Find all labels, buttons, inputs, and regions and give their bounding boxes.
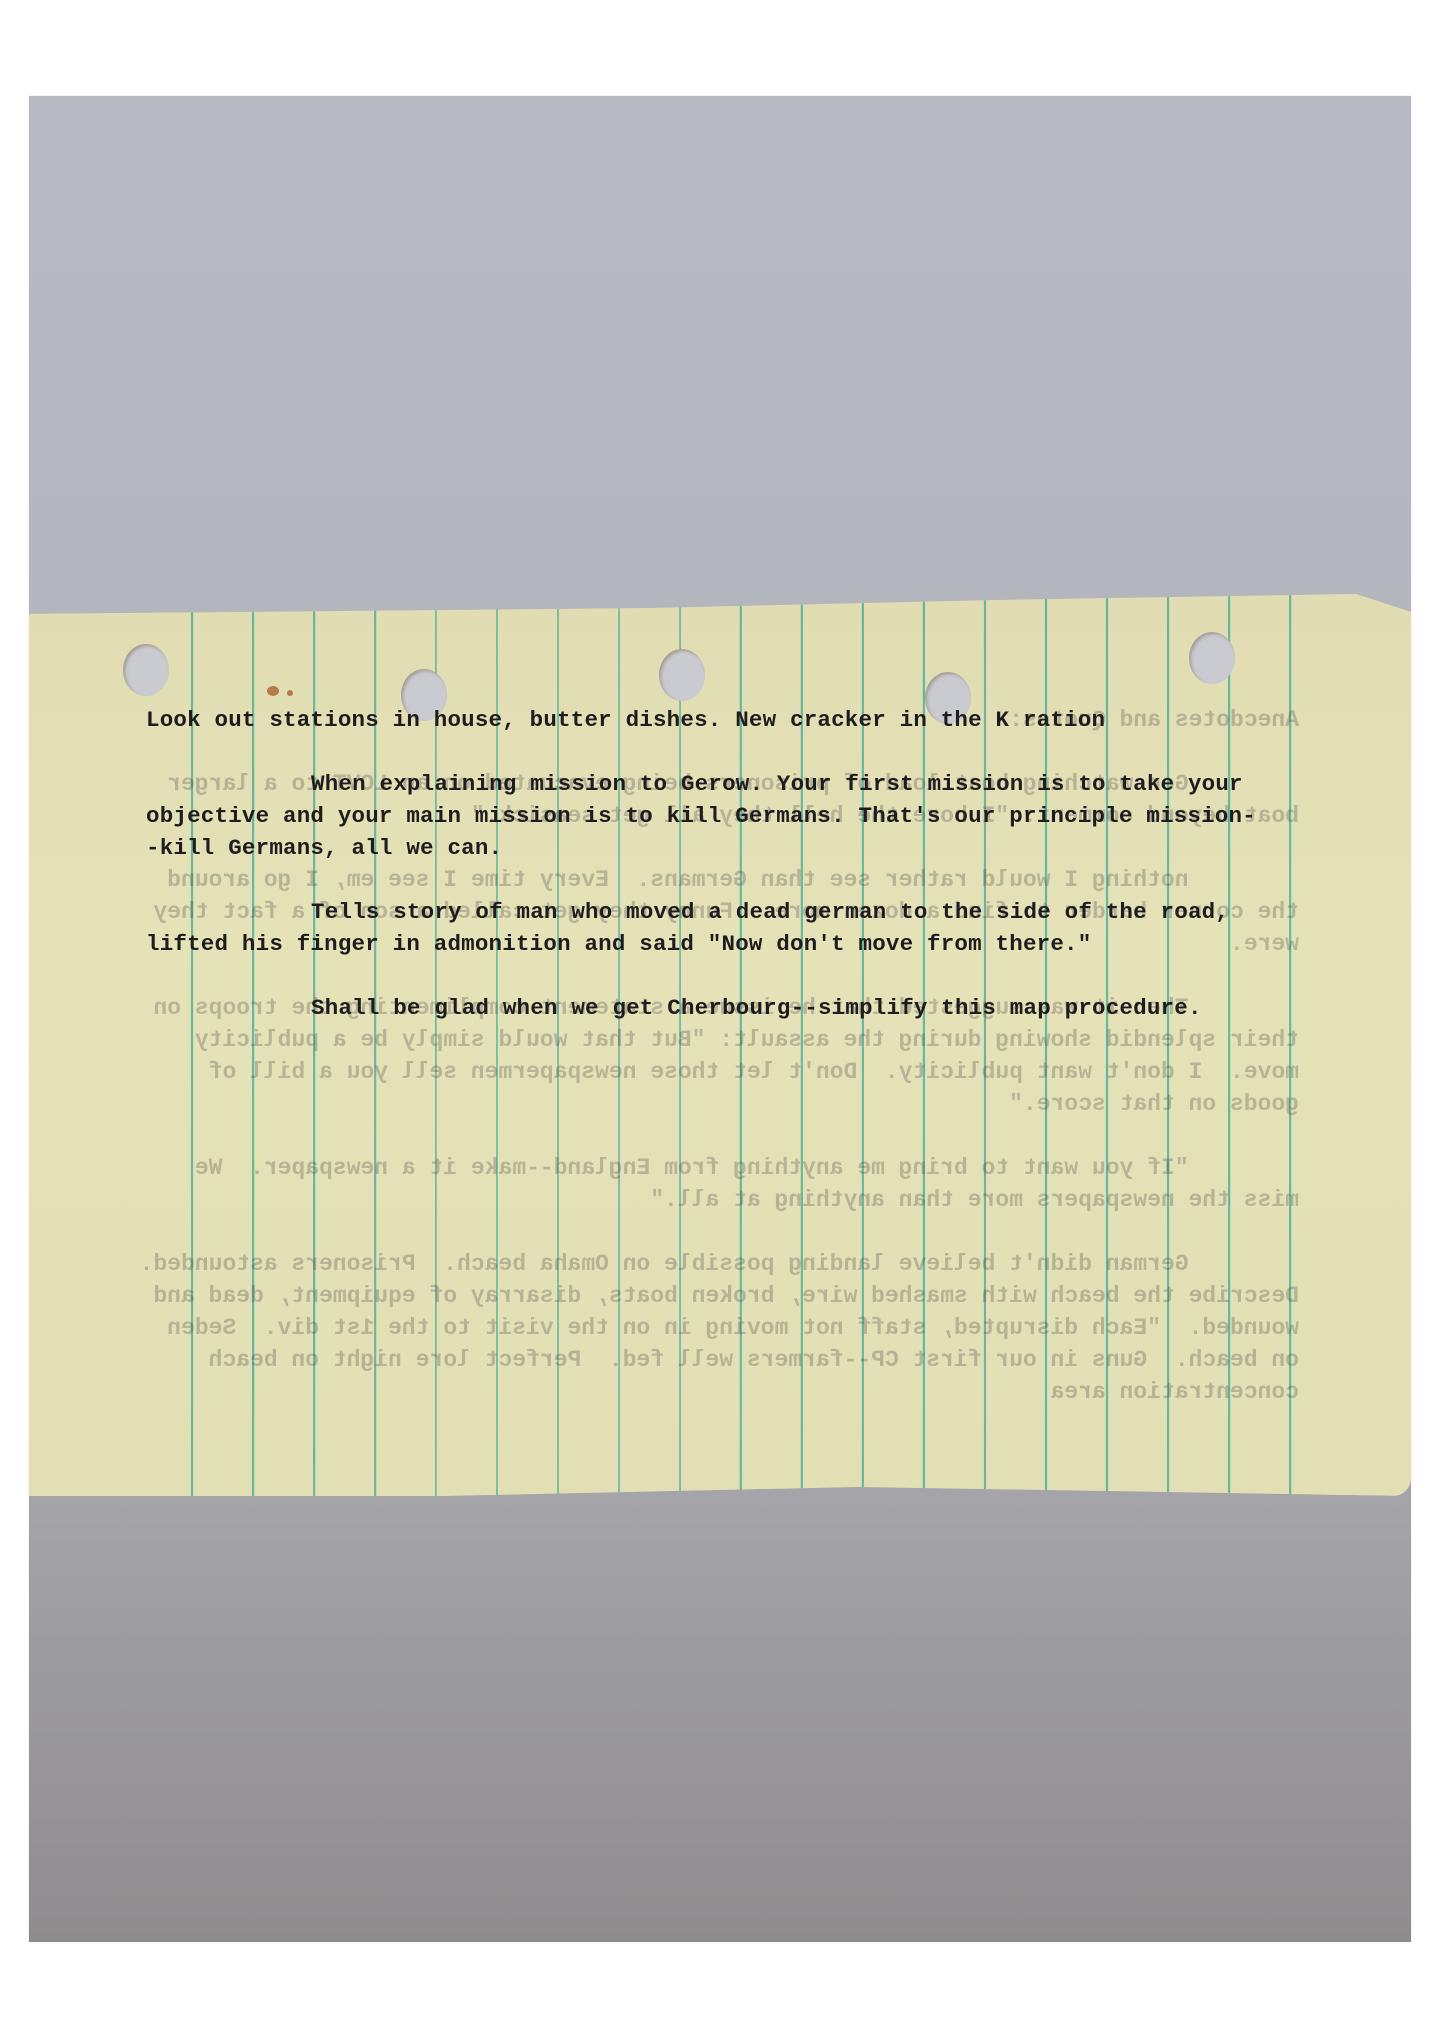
typed-text-block: Look out stations in house, butter dishe…: [146, 704, 1256, 1056]
card-right-margin: [1321, 594, 1411, 1496]
punch-hole: [659, 649, 705, 701]
scanned-photo-backdrop: Anecdotes and Quotes: Gen watching boat …: [29, 96, 1411, 1942]
punch-hole: [1189, 632, 1235, 684]
typed-paragraph: Shall be glad when we get Cherbourg--sim…: [146, 992, 1256, 1024]
typed-paragraph: Look out stations in house, butter dishe…: [146, 704, 1256, 736]
note-card: Anecdotes and Quotes: Gen watching boat …: [29, 594, 1411, 1496]
rust-stain: [287, 690, 293, 696]
typed-paragraph: When explaining mission to Gerow. Your f…: [146, 768, 1256, 864]
rust-stain: [267, 686, 279, 696]
typed-paragraph: Tells story of man who moved a dead germ…: [146, 896, 1256, 960]
punch-hole: [123, 644, 169, 696]
